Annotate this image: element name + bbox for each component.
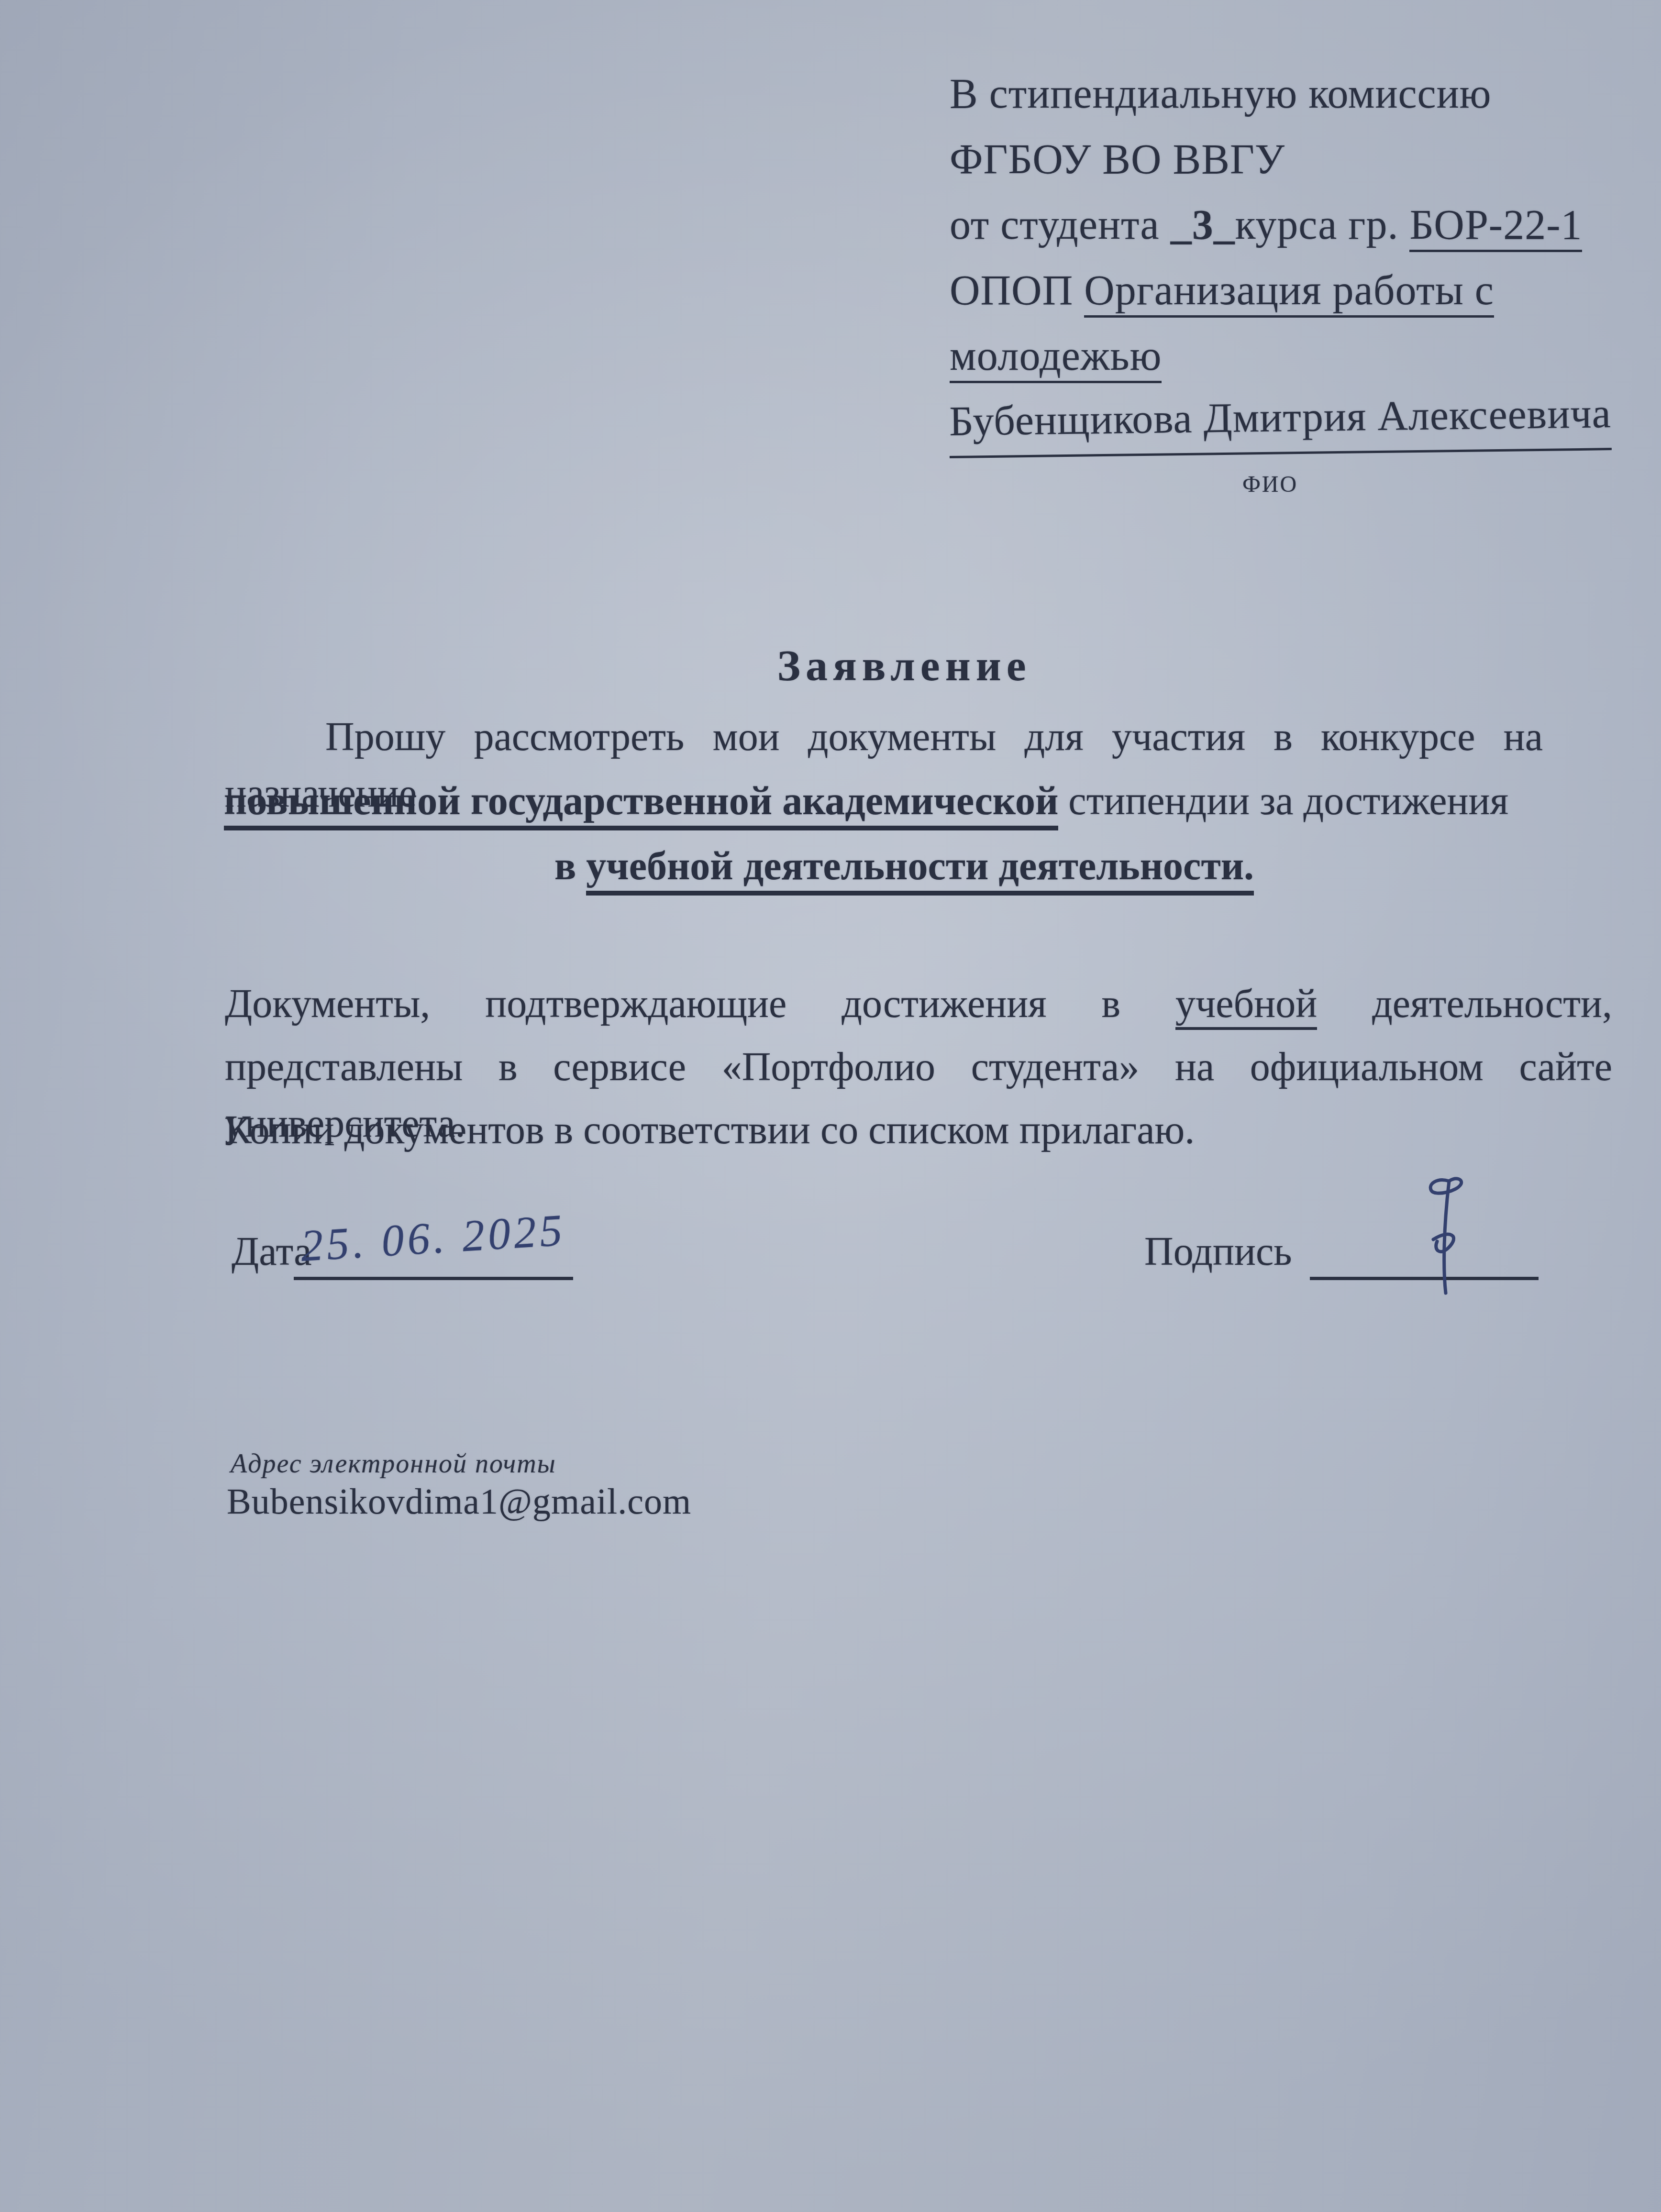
opop-label: ОПОП bbox=[950, 267, 1084, 314]
from-middle: курса гр. bbox=[1235, 202, 1410, 248]
course-number: _3_ bbox=[1171, 202, 1235, 248]
group-number: БОР-22-1 bbox=[1409, 202, 1582, 252]
addressee-line-2: ФГБОУ ВО ВВГУ bbox=[950, 127, 1619, 192]
paragraph1-line3: в учебной деятельности деятельности. bbox=[225, 838, 1583, 895]
stipend-type-emphasis: повышенной государственной академической bbox=[224, 779, 1058, 830]
paragraph2-line3: Копии документов в соответствии со списк… bbox=[225, 1102, 1612, 1159]
photographed-application-document: В стипендиальную комиссию ФГБОУ ВО ВВГУ … bbox=[0, 0, 1661, 2212]
handwritten-date: 25. 06. 2025 bbox=[299, 1204, 567, 1272]
activity-word-underlined: учебной bbox=[1175, 982, 1317, 1030]
paragraph1-line3-prefix: в bbox=[554, 844, 586, 888]
paragraph1-line2: повышенной государственной академической… bbox=[224, 773, 1611, 829]
opop-line: ОПОП Организация работы с bbox=[950, 258, 1619, 323]
signature-label: Подпись bbox=[1144, 1226, 1292, 1278]
addressee-line-1: В стипендиальную комиссию bbox=[950, 61, 1619, 127]
fio-label: ФИО bbox=[950, 458, 1591, 511]
email-label: Адрес электронной почты bbox=[231, 1449, 556, 1479]
application-title: Заявление bbox=[225, 640, 1583, 691]
opop-program-line2-wrap: молодежью bbox=[950, 323, 1619, 389]
addressee-block: В стипендиальную комиссию ФГБОУ ВО ВВГУ … bbox=[950, 61, 1619, 511]
paragraph2-line1: Документы, подтверждающие достижения в у… bbox=[225, 976, 1612, 1032]
paragraph1-line2-rest: стипендии за достижения bbox=[1058, 779, 1508, 823]
activity-type-emphasis: учебной деятельности деятельности. bbox=[586, 844, 1254, 896]
opop-program-line2: молодежью bbox=[950, 333, 1162, 383]
signature-blank-line bbox=[1310, 1186, 1539, 1280]
signature-icon bbox=[1400, 1168, 1486, 1297]
from-prefix: от студента bbox=[950, 202, 1171, 248]
paragraph2-line1-suffix: деятельности, bbox=[1317, 982, 1612, 1026]
email-address: Bubensikovdima1@gmail.com bbox=[227, 1481, 691, 1523]
student-name-line: Бубенщикова Дмитрия Алексеевича bbox=[950, 389, 1619, 458]
student-name: Бубенщикова Дмитрия Алексеевича bbox=[949, 381, 1611, 458]
opop-program-line1: Организация работы с bbox=[1084, 267, 1494, 318]
paragraph2-line1-prefix: Документы, подтверждающие достижения в bbox=[225, 982, 1175, 1026]
date-blank-line: 25. 06. 2025 bbox=[294, 1186, 573, 1280]
from-student-line: от студента _3_курса гр. БОР-22-1 bbox=[950, 192, 1619, 258]
